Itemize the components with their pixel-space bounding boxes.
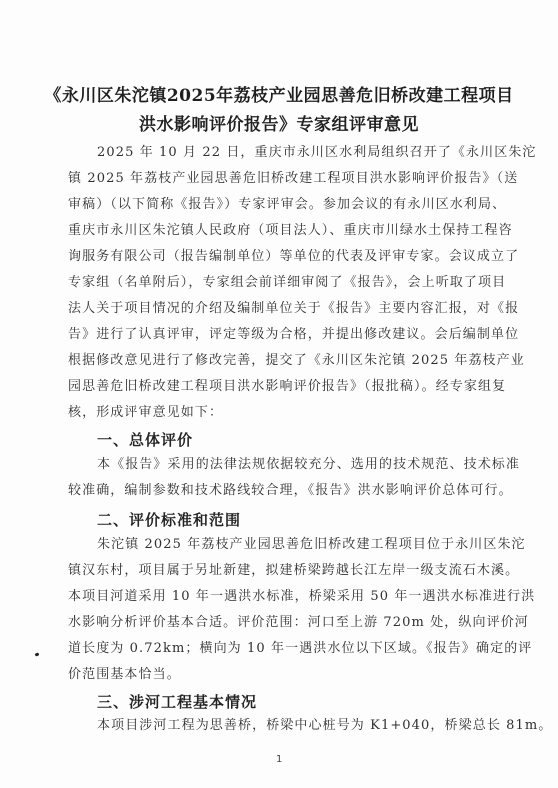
intro-line: 核，形成评审意见如下： <box>68 406 223 420</box>
intro-line: 2025 年 10 月 22 日，重庆市永川区水利局组织召开了《永川区朱沱 <box>97 146 492 160</box>
document-title-line-2: 洪水影响评价报告》专家组评审意见 <box>40 110 518 135</box>
intro-line: 园思善危旧桥改建工程项目洪水影响评价报告》（报批稿）。经专家组复 <box>68 380 492 394</box>
document-title-line-1: 《永川区朱沱镇2025年荔枝产业园思善危旧桥改建工程项目 <box>40 81 518 106</box>
document-page: 《永川区朱沱镇2025年荔枝产业园思善危旧桥改建工程项目 洪水影响评价报告》专家… <box>0 0 558 788</box>
section-line: 本项目涉河工程为思善桥，桥梁中心桩号为 K1+040，桥梁总长 81m。 <box>97 719 492 733</box>
intro-line: 重庆市永川区朱沱镇人民政府（项目法人）、重庆市川绿水土保持工程咨 <box>68 224 492 238</box>
intro-line: 法人关于项目情况的介绍及编制单位关于《报告》主要内容汇报，对《报 <box>68 302 492 316</box>
section-line: 水影响分析评价基本合适。评价范围：河口至上游 720m 处，纵向评价河 <box>68 616 492 630</box>
section-line: 本《报告》采用的法律法规依据较充分、选用的技术规范、技术标准 <box>97 458 492 472</box>
section-heading-standards-scope: 二、评价标准和范围 <box>97 509 241 530</box>
intro-line: 询服务有限公司（报告编制单位）等单位的代表及评审专家。会议成立了 <box>68 250 492 264</box>
section-line: 价范围基本恰当。 <box>68 668 181 682</box>
intro-line: 根据修改意见进行了修改完善，提交了《永川区朱沱镇 2025 年荔枝产业 <box>68 354 492 368</box>
section-line: 较准确，编制参数和技术路线较合理，《报告》洪水影响评价总体可行。 <box>68 484 513 498</box>
intro-line: 审稿）（以下简称《报告》）专家评审会。参加会议的有永川区水利局、 <box>68 198 492 212</box>
intro-line: 专家组（名单附后），专家组会前详细审阅了《报告》，会上听取了项目 <box>68 276 492 290</box>
section-heading-project-overview: 三、涉河工程基本情况 <box>97 691 257 712</box>
section-line: 道长度为 0.72km；横向为 10 年一遇洪水位以下区域。《报告》确定的评 <box>68 642 492 656</box>
scan-artifact-mark <box>35 652 40 656</box>
intro-line: 镇 2025 年荔枝产业园思善危旧桥改建工程项目洪水影响评价报告》（送 <box>68 172 492 186</box>
section-heading-overall-evaluation: 一、总体评价 <box>97 429 193 450</box>
section-line: 本项目河道采用 10 年一遇洪水标准，桥梁采用 50 年一遇洪水标准进行洪 <box>68 590 492 604</box>
page-number: 1 <box>276 754 282 765</box>
section-line: 朱沱镇 2025 年荔枝产业园思善危旧桥改建工程项目位于永川区朱沱 <box>97 538 492 552</box>
intro-line: 告》进行了认真评审，评定等级为合格，并提出修改建议。会后编制单位 <box>68 328 492 342</box>
section-line: 镇汉东村，项目属于另址新建，拟建桥梁跨越长江左岸一级支流石木溪。 <box>68 564 492 578</box>
